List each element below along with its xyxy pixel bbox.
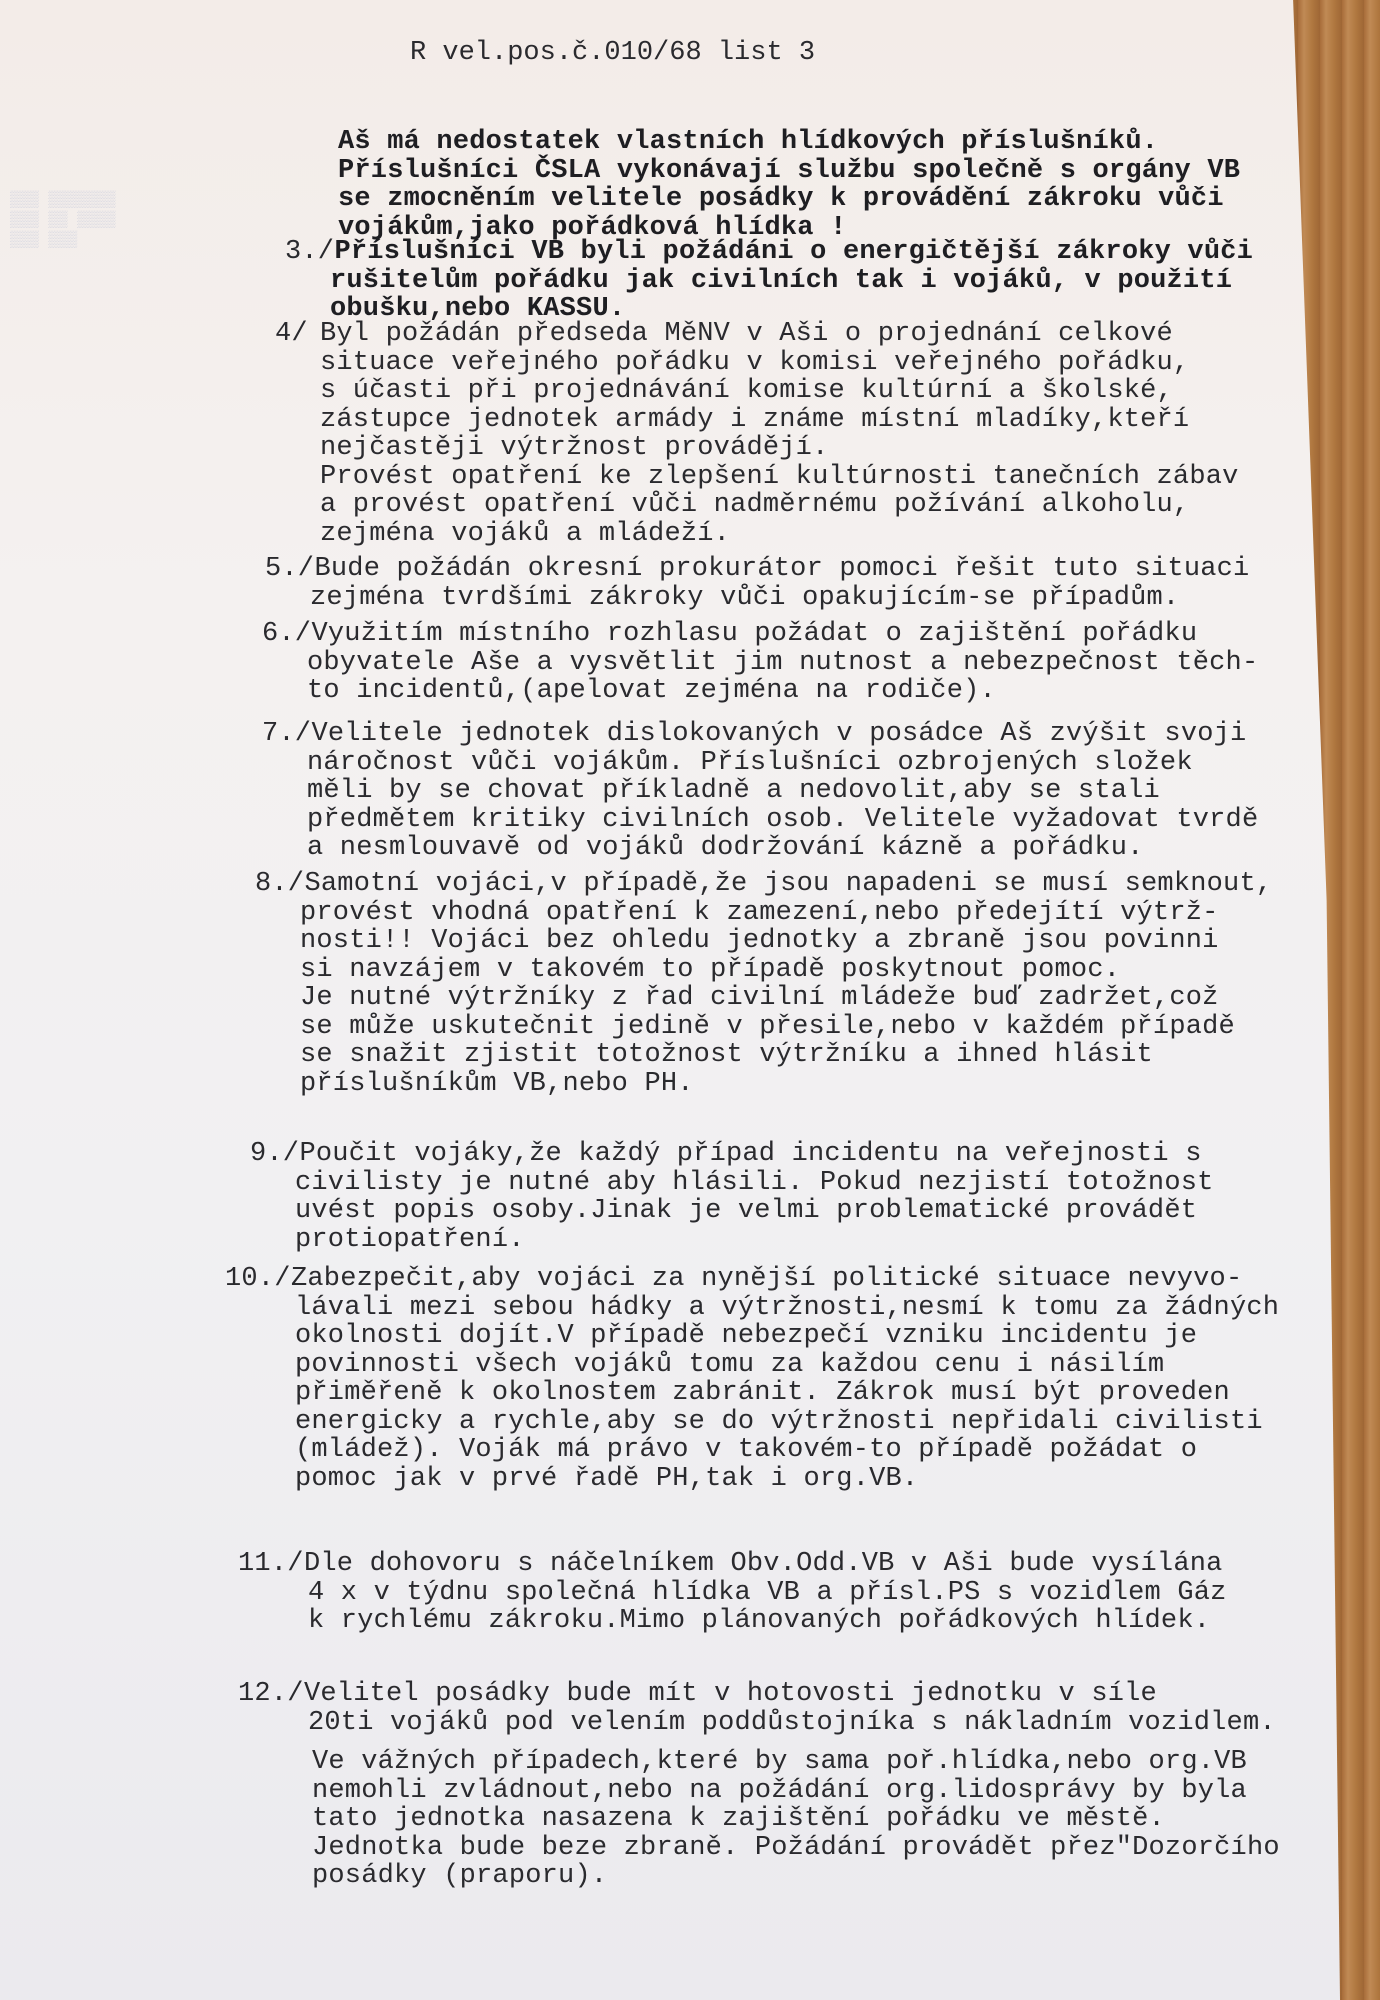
text-line: obyvatele Aše a vysvětlit jim nutnost a … [307,649,1258,678]
item-number: 12./ [238,1680,304,1709]
text-line: Bude požádán okresní prokurátor pomoci ř… [315,555,1250,584]
item-number: 3./ [285,238,334,267]
item-number: 4/ [275,320,308,349]
text-line: zástupce jednotek armády i známe místní … [320,406,1239,435]
text-line: přiměřeně k okolnostem zabránit. Zákrok … [295,1379,1279,1408]
text-line: energicky a rychle,aby se do výtržnosti … [295,1408,1279,1437]
text-line: pomoc jak v prvé řadě PH,tak i org.VB. [295,1465,1279,1494]
text-line: Příslušníci ČSLA vykonávají službu spole… [338,157,1240,186]
text-line: Byl požádán předseda MěNV v Aši o projed… [320,320,1173,349]
list-item-continuation: rušitelům pořádku jak civilních tak i vo… [330,267,1232,324]
text-line: lávali mezi sebou hádky a výtržnosti,nes… [295,1294,1279,1323]
text-line: se může uskutečnit jedině v přesile,nebo… [300,1013,1235,1042]
text-line: Jednotka bude beze zbraně. Požádání prov… [312,1834,1280,1863]
text-line: civilisty je nutné aby hlásili. Pokud ne… [295,1169,1214,1198]
list-item-continuation: zejména tvrdšími zákroky vůči opakujícím… [310,584,1179,613]
text-line: to incidentů,(apelovat zejména na rodiče… [307,677,1258,706]
list-item-5: Bude požádán okresní prokurátor pomoci ř… [315,555,1250,584]
text-line: si navzájem v takovém to případě poskytn… [300,956,1235,985]
document-reference-header: R vel.pos.č.010/68 list 3 [410,38,815,68]
text-line: nemohli zvládnout,nebo na požádání org.l… [312,1777,1280,1806]
text-line: nosti!! Vojáci bez ohledu jednotky a zbr… [300,927,1235,956]
list-item-continuation: provést vhodná opatření k zamezení,nebo … [300,899,1235,1099]
list-item-12: Velitel posádky bude mít v hotovosti jed… [304,1680,1157,1709]
item-number: 10./ [225,1265,291,1294]
text-line: 20ti vojáků pod velením poddůstojníka s … [308,1709,1276,1738]
text-line: uvést popis osoby.Jinak je velmi problem… [295,1197,1214,1226]
text-line: předmětem kritiky civilních osob. Velite… [307,806,1258,835]
text-line: s účasti při projednávání komise kultúrn… [320,377,1239,406]
text-line: povinnosti všech vojáků tomu za každou c… [295,1351,1279,1380]
list-item-7: Velitele jednotek dislokovaných v posádc… [312,720,1247,749]
text-line: náročnost vůči vojákům. Příslušníci ozbr… [307,749,1258,778]
text-line: okolnosti dojít.V případě nebezpečí vzni… [295,1322,1279,1351]
text-line: Zabezpečit,aby vojáci za nynější politic… [291,1265,1242,1294]
list-item-10: Zabezpečit,aby vojáci za nynější politic… [291,1265,1242,1294]
text-line: posádky (praporu). [312,1862,1280,1891]
list-item-11: Dle dohovoru s náčelníkem Obv.Odd.VB v A… [304,1550,1223,1579]
text-line: Dle dohovoru s náčelníkem Obv.Odd.VB v A… [304,1550,1223,1579]
text-line: a provést opatření vůči nadměrnému požív… [320,491,1239,520]
bleed-through-text: ▒▒▒ ▒▒▒▒▒▒▒▒▒▒ ▒▒ ▒▒▒▒▒▒▒ ▒▒▒ [10,190,116,250]
text-line: Velitel posádky bude mít v hotovosti jed… [304,1680,1157,1709]
text-line: se snažit zjistit totožnost výtržníku a … [300,1041,1235,1070]
list-item-continuation: situace veřejného pořádku v komisi veřej… [320,349,1239,549]
list-item-continuation: 20ti vojáků pod velením poddůstojníka s … [308,1709,1276,1738]
item-number: 6./ [262,620,311,649]
item-number: 8./ [255,870,304,899]
list-item-4: Byl požádán předseda MěNV v Aši o projed… [320,320,1173,349]
text-line: Ve vážných případech,které by sama poř.h… [312,1748,1280,1777]
text-line: Provést opatření ke zlepšení kultúrnosti… [320,463,1239,492]
item-number: 11./ [238,1550,304,1579]
item-number: 5./ [265,555,314,584]
text-line: Aš má nedostatek vlastních hlídkových př… [338,128,1240,157]
item-number: 9./ [250,1140,299,1169]
text-line: tato jednotka nasazena k zajištění pořád… [312,1805,1280,1834]
text-line: k rychlému zákroku.Mimo plánovaných pořá… [308,1607,1227,1636]
text-line: a nesmlouvavě od vojáků dodržování kázně… [307,834,1258,863]
text-line: nejčastěji výtržnost provádějí. [320,434,1239,463]
list-item-continuation: náročnost vůči vojákům. Příslušníci ozbr… [307,749,1258,863]
text-line: měli by se chovat příkladně a nedovolit,… [307,777,1258,806]
text-line: situace veřejného pořádku v komisi veřej… [320,349,1239,378]
list-item-continuation: lávali mezi sebou hádky a výtržnosti,nes… [295,1294,1279,1494]
text-line: provést vhodná opatření k zamezení,nebo … [300,899,1235,928]
text-line: 4 x v týdnu společná hlídka VB a přísl.P… [308,1579,1227,1608]
list-item-continuation: obyvatele Aše a vysvětlit jim nutnost a … [307,649,1258,706]
text-line: zejména vojáků a mládeží. [320,520,1239,549]
list-item-8: Samotní vojáci,v případě,že jsou napaden… [305,870,1273,899]
list-item-continuation: civilisty je nutné aby hlásili. Pokud ne… [295,1169,1214,1255]
closing-paragraph: Ve vážných případech,které by sama poř.h… [312,1748,1280,1891]
intro-paragraph: Aš má nedostatek vlastních hlídkových př… [338,128,1240,242]
text-line: Samotní vojáci,v případě,že jsou napaden… [305,870,1273,899]
text-line: Využitím místního rozhlasu požádat o zaj… [312,620,1198,649]
text-line: Velitele jednotek dislokovaných v posádc… [312,720,1247,749]
text-line: protiopatření. [295,1226,1214,1255]
text-line: zejména tvrdšími zákroky vůči opakujícím… [310,584,1179,613]
list-item-3: Příslušníci VB byli požádáni o energičtě… [335,238,1254,267]
list-item-continuation: 4 x v týdnu společná hlídka VB a přísl.P… [308,1579,1227,1636]
text-line: Je nutné výtržníky z řad civilní mládeže… [300,984,1235,1013]
text-line: (mládež). Voják má právo v takovém-to př… [295,1436,1279,1465]
text-line: Poučit vojáky,že každý případ incidentu … [300,1140,1202,1169]
list-item-6: Využitím místního rozhlasu požádat o zaj… [312,620,1198,649]
typewritten-page: ▒▒▒ ▒▒▒▒▒▒▒▒▒▒ ▒▒ ▒▒▒▒▒▒▒ ▒▒▒ R vel.pos.… [0,0,1340,2000]
text-line: Příslušníci VB byli požádáni o energičtě… [335,238,1254,267]
text-line: se zmocněním velitele posádky k prováděn… [338,185,1240,214]
list-item-9: Poučit vojáky,že každý případ incidentu … [300,1140,1202,1169]
text-line: příslušníkům VB,nebo PH. [300,1070,1235,1099]
item-number: 7./ [262,720,311,749]
text-line: rušitelům pořádku jak civilních tak i vo… [330,267,1232,296]
